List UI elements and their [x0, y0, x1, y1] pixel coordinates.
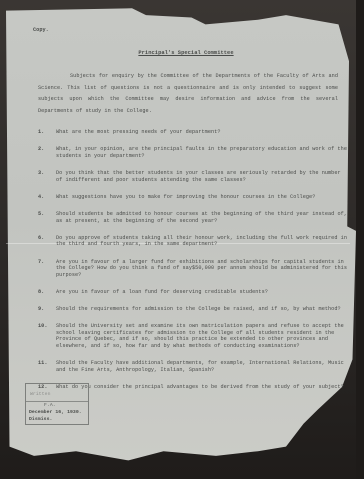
question-number: 11. — [38, 360, 56, 367]
question-text: Should the University set and examine it… — [56, 323, 358, 349]
question-item: 3. Do you think that the better students… — [38, 170, 358, 183]
question-item: 5. Should students be admitted to honour… — [38, 211, 358, 224]
stamp-note: Dismiss. — [29, 417, 52, 424]
question-item: 4. What suggestions have you to make for… — [38, 194, 358, 201]
question-text: Do you think that the better students in… — [56, 170, 358, 183]
copy-label: Copy. — [33, 27, 49, 34]
stamp-line: Written — [30, 392, 51, 399]
question-item: 8. Are you in favour of a loan fund for … — [38, 289, 358, 296]
typewritten-document: Copy. Principal's Special Committee Subj… — [0, 0, 364, 479]
question-text: Should students be admitted to honour co… — [56, 211, 358, 224]
question-item: 11. Should the Faculty have additional d… — [38, 360, 358, 373]
question-item: 6. Do you approve of students taking all… — [38, 235, 358, 248]
question-list: 1. What are the most pressing needs of y… — [38, 129, 358, 401]
stamp-initials: F.A. — [44, 403, 56, 410]
question-text: What suggestions have you to make for im… — [56, 194, 358, 201]
question-number: 5. — [38, 211, 56, 218]
question-number: 3. — [38, 170, 56, 177]
question-item: 2. What, in your opinion, are the princi… — [38, 146, 358, 159]
question-number: 4. — [38, 194, 56, 201]
question-number: 10. — [38, 323, 56, 330]
question-item: 10. Should the University set and examin… — [38, 323, 358, 349]
question-text: Are you in favour of a loan fund for des… — [56, 289, 358, 296]
question-number: 8. — [38, 289, 56, 296]
question-number: 7. — [38, 259, 56, 266]
receipt-stamp: Written F.A. December 16, 1930. Dismiss. — [25, 383, 89, 425]
question-text: Do you approve of students taking all th… — [56, 235, 358, 248]
question-item: 1. What are the most pressing needs of y… — [38, 129, 358, 136]
question-number: 2. — [38, 146, 56, 153]
stamp-date: December 16, 1930. — [29, 410, 82, 417]
question-item: 7. Are you in favour of a larger fund fo… — [38, 259, 358, 279]
question-number: 9. — [38, 306, 56, 313]
stamp-divider — [26, 401, 88, 402]
question-text: Should the requirements for admission to… — [56, 306, 358, 313]
question-text: What do you consider the principal advan… — [56, 384, 358, 391]
intro-paragraph: Subjects for enquiry by the Committee of… — [38, 71, 338, 117]
question-text: Should the Faculty have additional depar… — [56, 360, 358, 373]
question-text: Are you in favour of a larger fund for e… — [56, 259, 358, 279]
question-text: What are the most pressing needs of your… — [56, 129, 358, 136]
question-item: 9. Should the requirements for admission… — [38, 306, 358, 313]
question-number: 1. — [38, 129, 56, 136]
question-text: What, in your opinion, are the principal… — [56, 146, 358, 159]
question-number: 6. — [38, 235, 56, 242]
document-title: Principal's Special Committee — [126, 50, 246, 57]
